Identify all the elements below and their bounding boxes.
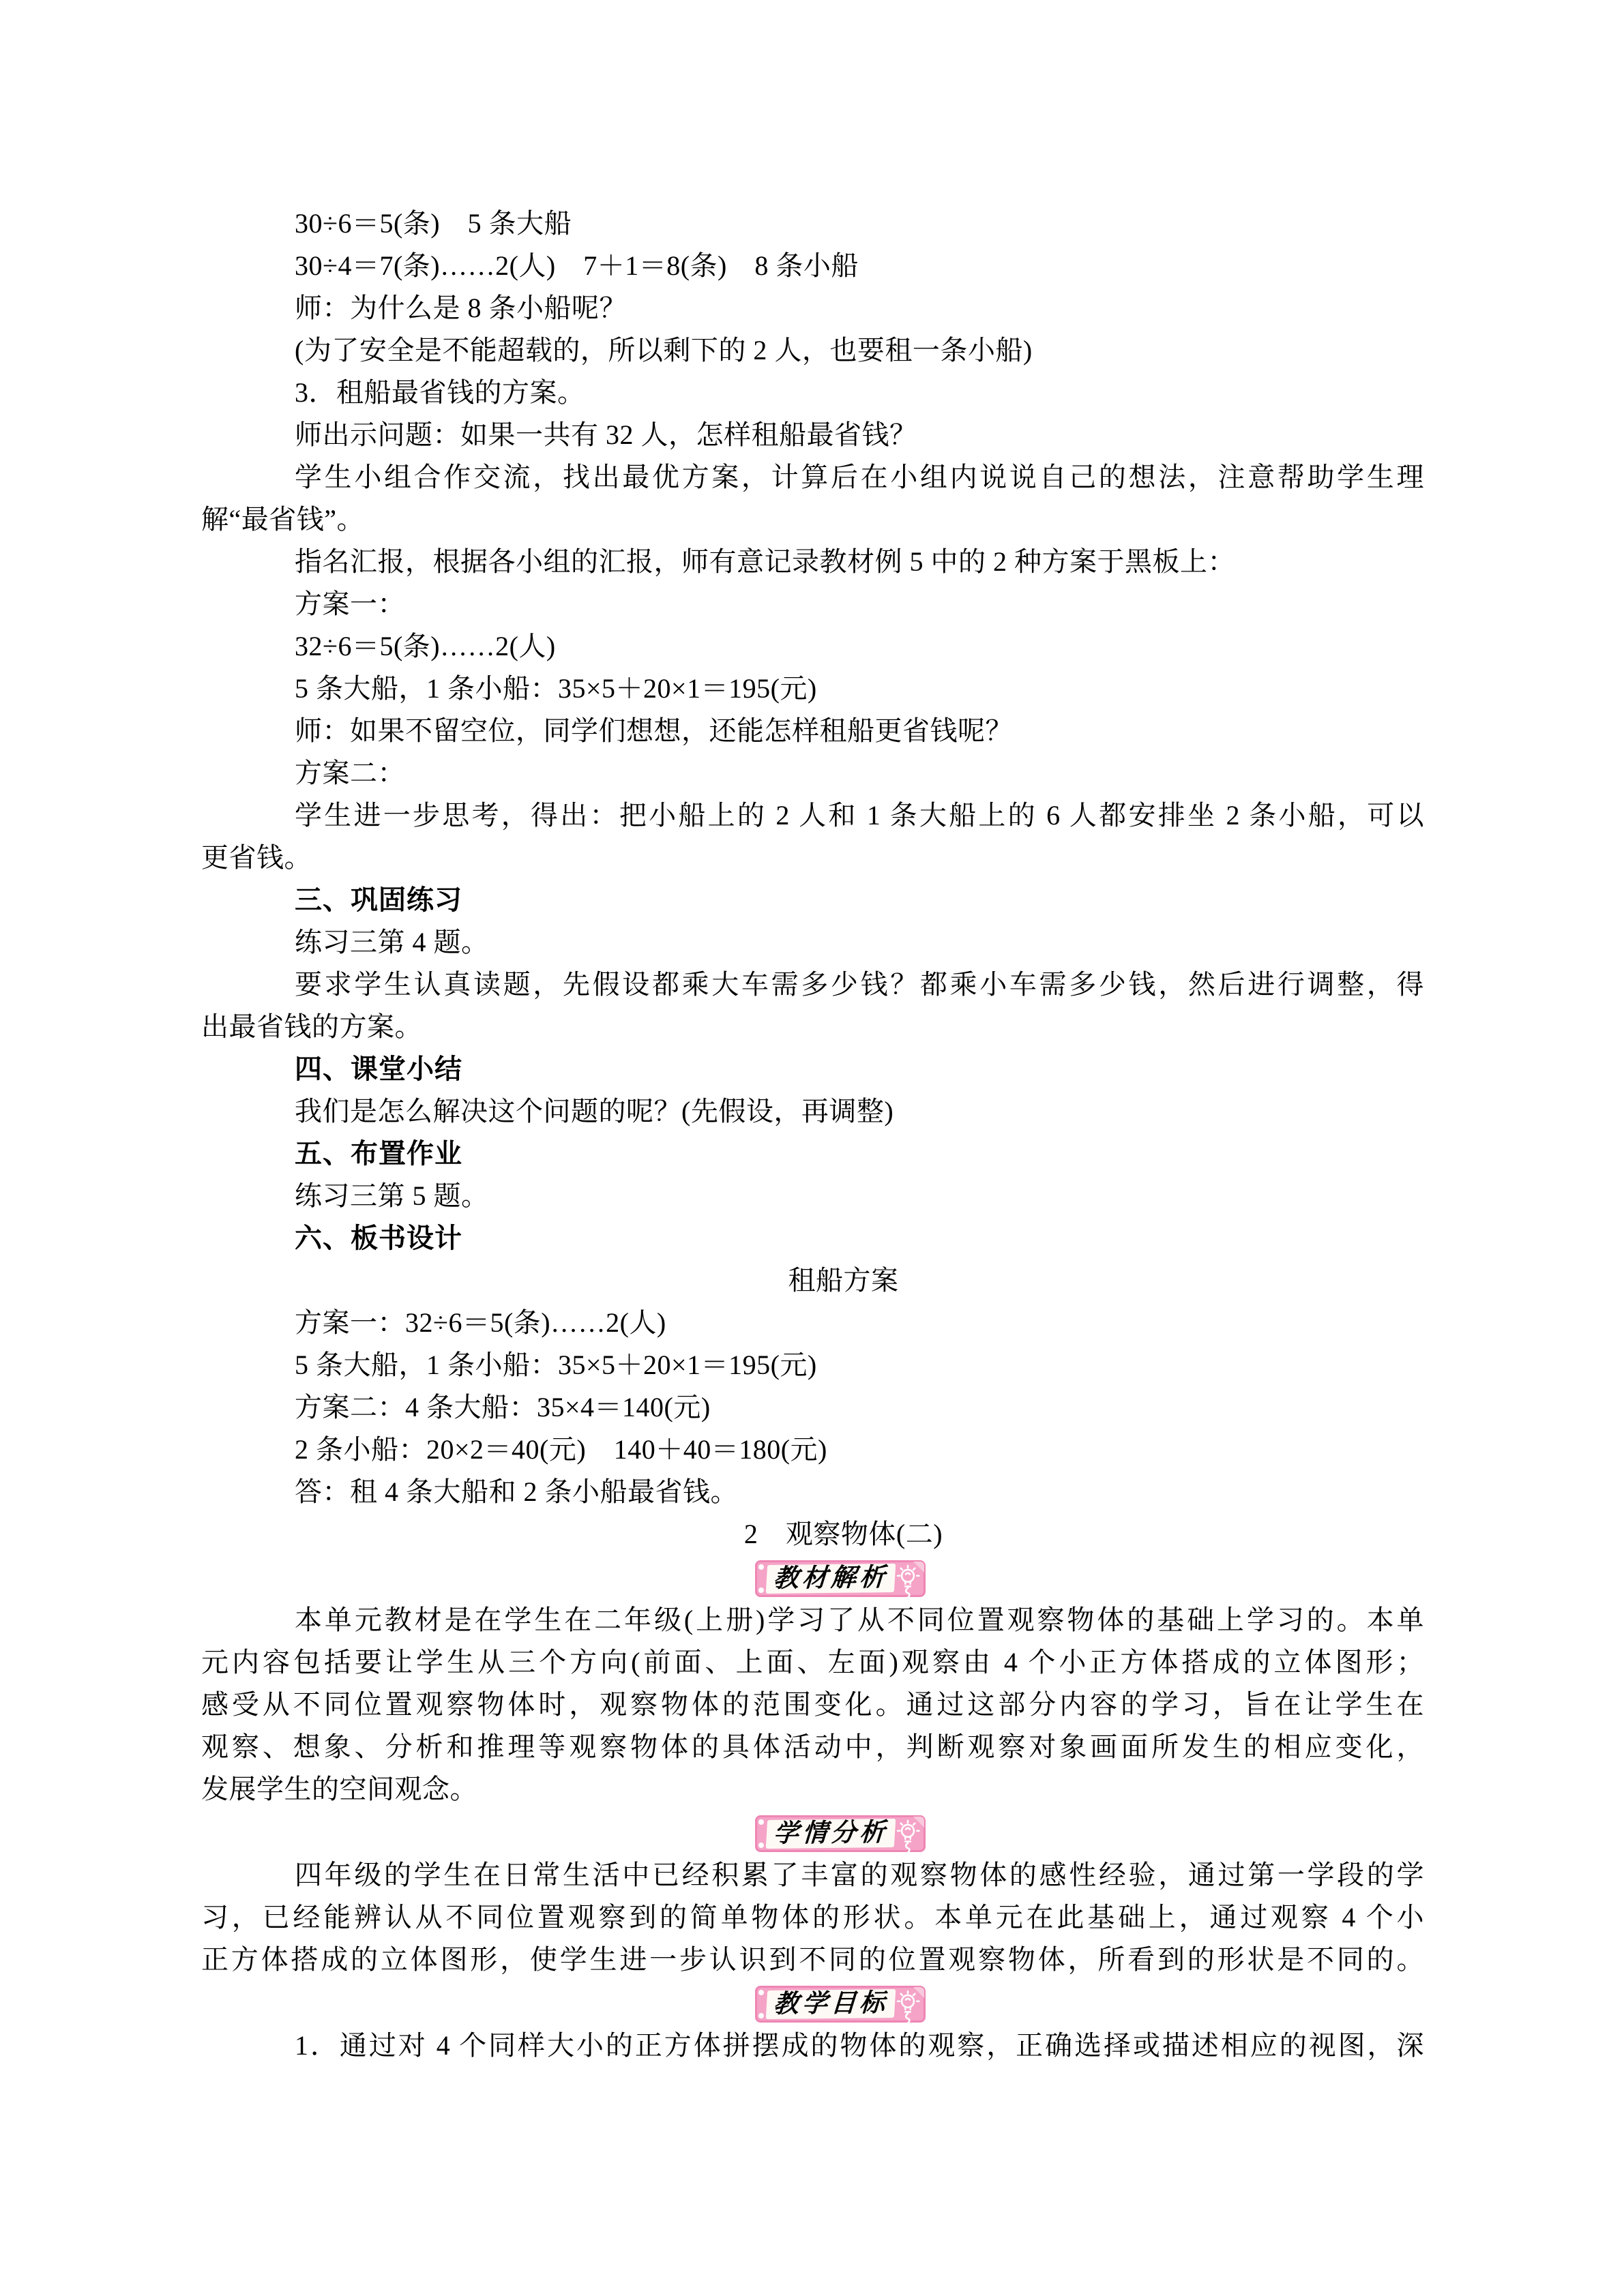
section-heading: 四、课堂小结 bbox=[201, 1048, 1424, 1090]
text-line: 师：如果不留空位，同学们想想，还能怎样租船更省钱呢？ bbox=[201, 710, 1424, 752]
badge-teaching-goals: 教学目标 bbox=[755, 1986, 926, 2023]
text-line: 练习三第 5 题。 bbox=[201, 1175, 1424, 1217]
text-line: 30÷6＝5(条) 5 条大船 bbox=[201, 203, 1424, 245]
text-line: 指名汇报，根据各小组的汇报，师有意记录教材例 5 中的 2 种方案于黑板上： bbox=[201, 541, 1424, 583]
text-line: 方案一：32÷6＝5(条)……2(人) bbox=[201, 1302, 1424, 1344]
text-line: 32÷6＝5(条)……2(人) bbox=[201, 625, 1424, 668]
badge-learning-analysis: 学情分析 bbox=[755, 1815, 926, 1852]
text-line: 答：租 4 条大船和 2 条小船最省钱。 bbox=[201, 1471, 1424, 1513]
text-line: 方案二： bbox=[201, 752, 1424, 794]
text-line: (为了安全是不能超载的，所以剩下的 2 人，也要租一条小船) bbox=[201, 329, 1424, 372]
text-line: 1．通过对 4 个同样大小的正方体拼摆成的物体的观察，正确选择或描述相应的视图，… bbox=[201, 2025, 1424, 2067]
text-line: 练习三第 4 题。 bbox=[201, 921, 1424, 964]
text-line: 观察、想象、分析和推理等观察物体的具体活动中，判断观察对象画面所发生的相应变化， bbox=[201, 1726, 1424, 1768]
badge-label: 学情分析 bbox=[765, 1819, 896, 1849]
text-line: 我们是怎么解决这个问题的呢？(先假设，再调整) bbox=[201, 1090, 1424, 1133]
text-line: 30÷4＝7(条)……2(人) 7＋1＝8(条) 8 条小船 bbox=[201, 245, 1424, 287]
corner-dot bbox=[758, 1819, 764, 1825]
text-line: 出最省钱的方案。 bbox=[201, 1006, 1424, 1048]
text-line: 四年级的学生在日常生活中已经积累了丰富的观察物体的感性经验，通过第一学段的学 bbox=[201, 1854, 1424, 1896]
text-line: 师：为什么是 8 条小船呢？ bbox=[201, 287, 1424, 329]
text-line: 2 条小船：20×2＝40(元) 140＋40＝180(元) bbox=[201, 1429, 1424, 1471]
text-line: 5 条大船，1 条小船：35×5＋20×1＝195(元) bbox=[201, 1344, 1424, 1386]
text-line: 方案一： bbox=[201, 583, 1424, 625]
unit-title: 2 观察物体(二) bbox=[201, 1513, 1424, 1555]
board-design-title: 租船方案 bbox=[201, 1259, 1424, 1302]
corner-dot bbox=[758, 1587, 764, 1593]
text-line: 5 条大船，1 条小船：35×5＋20×1＝195(元) bbox=[201, 668, 1424, 710]
badge-teaching-goals-row: 教学目标 bbox=[201, 1981, 1424, 2025]
text-line: 更省钱。 bbox=[201, 837, 1424, 879]
badge-learning-analysis-row: 学情分析 bbox=[201, 1810, 1424, 1854]
badge-label: 教材解析 bbox=[765, 1564, 896, 1594]
corner-dot bbox=[758, 2013, 764, 2018]
lightbulb-icon bbox=[896, 1991, 919, 2027]
section-heading: 五、布置作业 bbox=[201, 1133, 1424, 1175]
text-line: 3．租船最省钱的方案。 bbox=[201, 372, 1424, 414]
badge-textbook-analysis: 教材解析 bbox=[755, 1560, 926, 1597]
badge-textbook-analysis-row: 教材解析 bbox=[201, 1555, 1424, 1599]
section-heading: 三、巩固练习 bbox=[201, 879, 1424, 921]
document-body: 30÷6＝5(条) 5 条大船30÷4＝7(条)……2(人) 7＋1＝8(条) … bbox=[201, 203, 1424, 2067]
text-line: 发展学生的空间观念。 bbox=[201, 1768, 1424, 1810]
text-line: 正方体搭成的立体图形，使学生进一步认识到不同的位置观察物体，所看到的形状是不同的… bbox=[201, 1939, 1424, 1981]
text-line: 方案二：4 条大船：35×4＝140(元) bbox=[201, 1386, 1424, 1429]
text-line: 师出示问题：如果一共有 32 人，怎样租船最省钱？ bbox=[201, 414, 1424, 456]
section-heading: 六、板书设计 bbox=[201, 1217, 1424, 1259]
lightbulb-icon bbox=[896, 1566, 919, 1601]
text-line: 习，已经能辨认从不同位置观察到的简单物体的形状。本单元在此基础上，通过观察 4 … bbox=[201, 1896, 1424, 1939]
corner-dot bbox=[758, 1843, 764, 1848]
text-line: 元内容包括要让学生从三个方向(前面、上面、左面)观察由 4 个小正方体搭成的立体… bbox=[201, 1641, 1424, 1684]
lightbulb-icon bbox=[896, 1821, 919, 1856]
corner-dot bbox=[758, 1990, 764, 1995]
text-line: 要求学生认真读题，先假设都乘大车需多少钱？都乘小车需多少钱，然后进行调整，得 bbox=[201, 964, 1424, 1006]
badge-label: 教学目标 bbox=[765, 1989, 896, 2019]
text-line: 学生小组合作交流，找出最优方案，计算后在小组内说说自己的想法，注意帮助学生理 bbox=[201, 456, 1424, 498]
text-line: 感受从不同位置观察物体时，观察物体的范围变化。通过这部分内容的学习，旨在让学生在 bbox=[201, 1684, 1424, 1726]
text-line: 本单元教材是在学生在二年级(上册)学习了从不同位置观察物体的基础上学习的。本单 bbox=[201, 1599, 1424, 1641]
text-line: 解“最省钱”。 bbox=[201, 498, 1424, 541]
corner-dot bbox=[758, 1564, 764, 1570]
text-line: 学生进一步思考，得出：把小船上的 2 人和 1 条大船上的 6 人都安排坐 2 … bbox=[201, 794, 1424, 837]
